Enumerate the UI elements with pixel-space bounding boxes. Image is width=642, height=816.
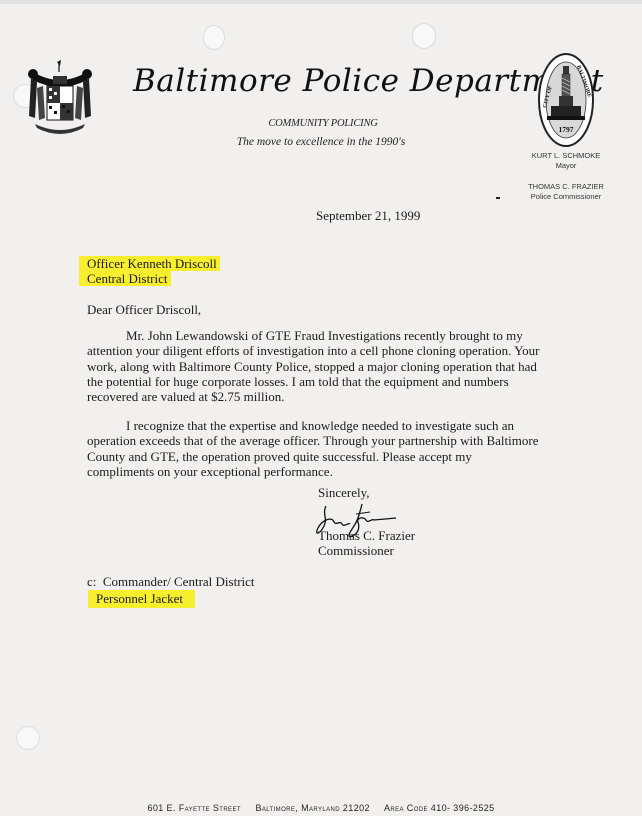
recipient-unit: Central District [79,271,171,286]
body-paragraph: I recognize that the expertise and knowl… [87,418,542,479]
svg-text:1797: 1797 [559,125,574,134]
scan-speck [496,197,500,199]
scan-top-edge [0,0,642,4]
mayor-title: Mayor [520,161,612,170]
signer-name: Thomas C. Frazier [318,528,415,544]
department-name: Baltimore Police Department [133,63,523,99]
letter-page: Baltimore Police Department COMMUNITY PO… [0,0,642,816]
cc-line: c: Commander/ Central District [87,574,255,590]
punch-hole [203,25,225,50]
cc-label: c: [87,574,96,589]
mayor-name: KURT L. SCHMOKE [520,151,612,160]
signer-title: Commissioner [318,543,394,559]
closing: Sincerely, [318,485,370,501]
punch-hole [16,726,40,750]
body-paragraph: Mr. John Lewandowski of GTE Fraud Invest… [87,328,542,404]
commissioner-title: Police Commissioner [520,192,612,201]
footer-city: Baltimore, Maryland 21202 [255,803,370,813]
punch-hole [412,23,436,49]
letterhead-footer: 601 E. Fayette Street Baltimore, Marylan… [0,803,642,813]
letter-date: September 21, 1999 [316,208,420,224]
salutation: Dear Officer Driscoll, [87,302,201,318]
footer-phone: Area Code 410- 396-2525 [384,803,495,813]
commissioner-name: THOMAS C. FRAZIER [520,182,612,191]
cc-recipient: Commander/ Central District [103,574,255,589]
footer-street: 601 E. Fayette Street [147,803,240,813]
cc-recipient: Personnel Jacket [88,590,195,608]
city-of-baltimore-seal-icon: 1797 CITY OF BALTIMORE [537,52,595,148]
recipient-name: Officer Kenneth Driscoll [79,256,220,271]
